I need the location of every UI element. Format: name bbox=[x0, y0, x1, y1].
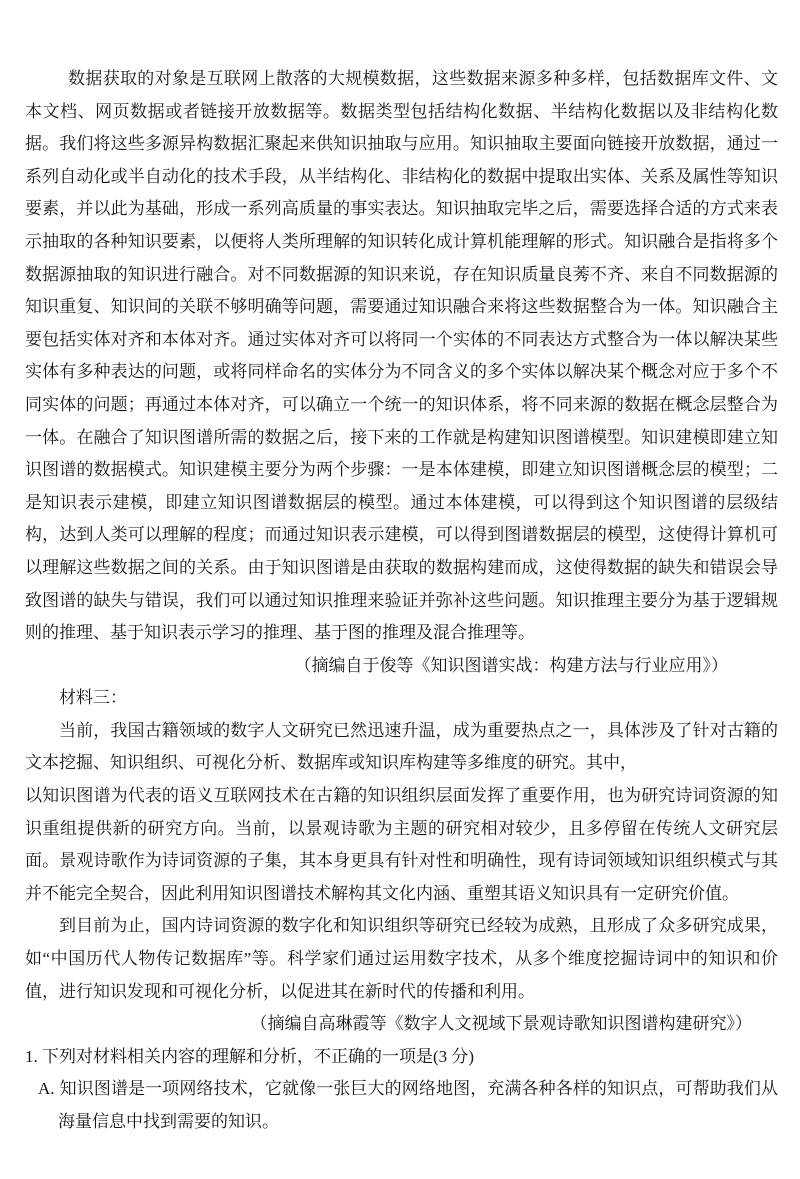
question-1-stem: 1. 下列对材料相关内容的理解和分析，不正确的一项是(3 分) bbox=[25, 1041, 778, 1074]
material3-paragraph-3: 到目前为止，国内诗词资源的数字化和知识组织等研究已经较为成熟，且形成了众多研究成… bbox=[25, 910, 778, 1008]
material3-citation: （摘编自高琳霞等《数字人文视域下景观诗歌知识图谱构建研究》） bbox=[25, 1008, 778, 1041]
option-a-text: 知识图谱是一项网络技术，它就像一张巨大的网络地图，充满各种各样的知识点，可帮助我… bbox=[58, 1079, 778, 1131]
document-page: 数据获取的对象是互联网上散落的大规模数据，这些数据来源多种多样，包括数据库文件、… bbox=[25, 63, 778, 1139]
material3-paragraph-2: 以知识图谱为代表的语义互联网技术在古籍的知识组织层面发挥了重要作用，也为研究诗词… bbox=[25, 780, 778, 910]
material3-heading: 材料三： bbox=[25, 682, 778, 715]
material2-paragraph: 数据获取的对象是互联网上散落的大规模数据，这些数据来源多种多样，包括数据库文件、… bbox=[25, 63, 778, 650]
material2-citation: （摘编自于俊等《知识图谱实战：构建方法与行业应用》） bbox=[25, 650, 778, 683]
question-1-option-a: A.知识图谱是一项网络技术，它就像一张巨大的网络地图，充满各种各样的知识点，可帮… bbox=[38, 1073, 778, 1138]
option-a-label: A. bbox=[38, 1079, 55, 1098]
material3-paragraph-1: 当前，我国古籍领域的数字人文研究已然迅速升温，成为重要热点之一，具体涉及了针对古… bbox=[25, 715, 778, 780]
